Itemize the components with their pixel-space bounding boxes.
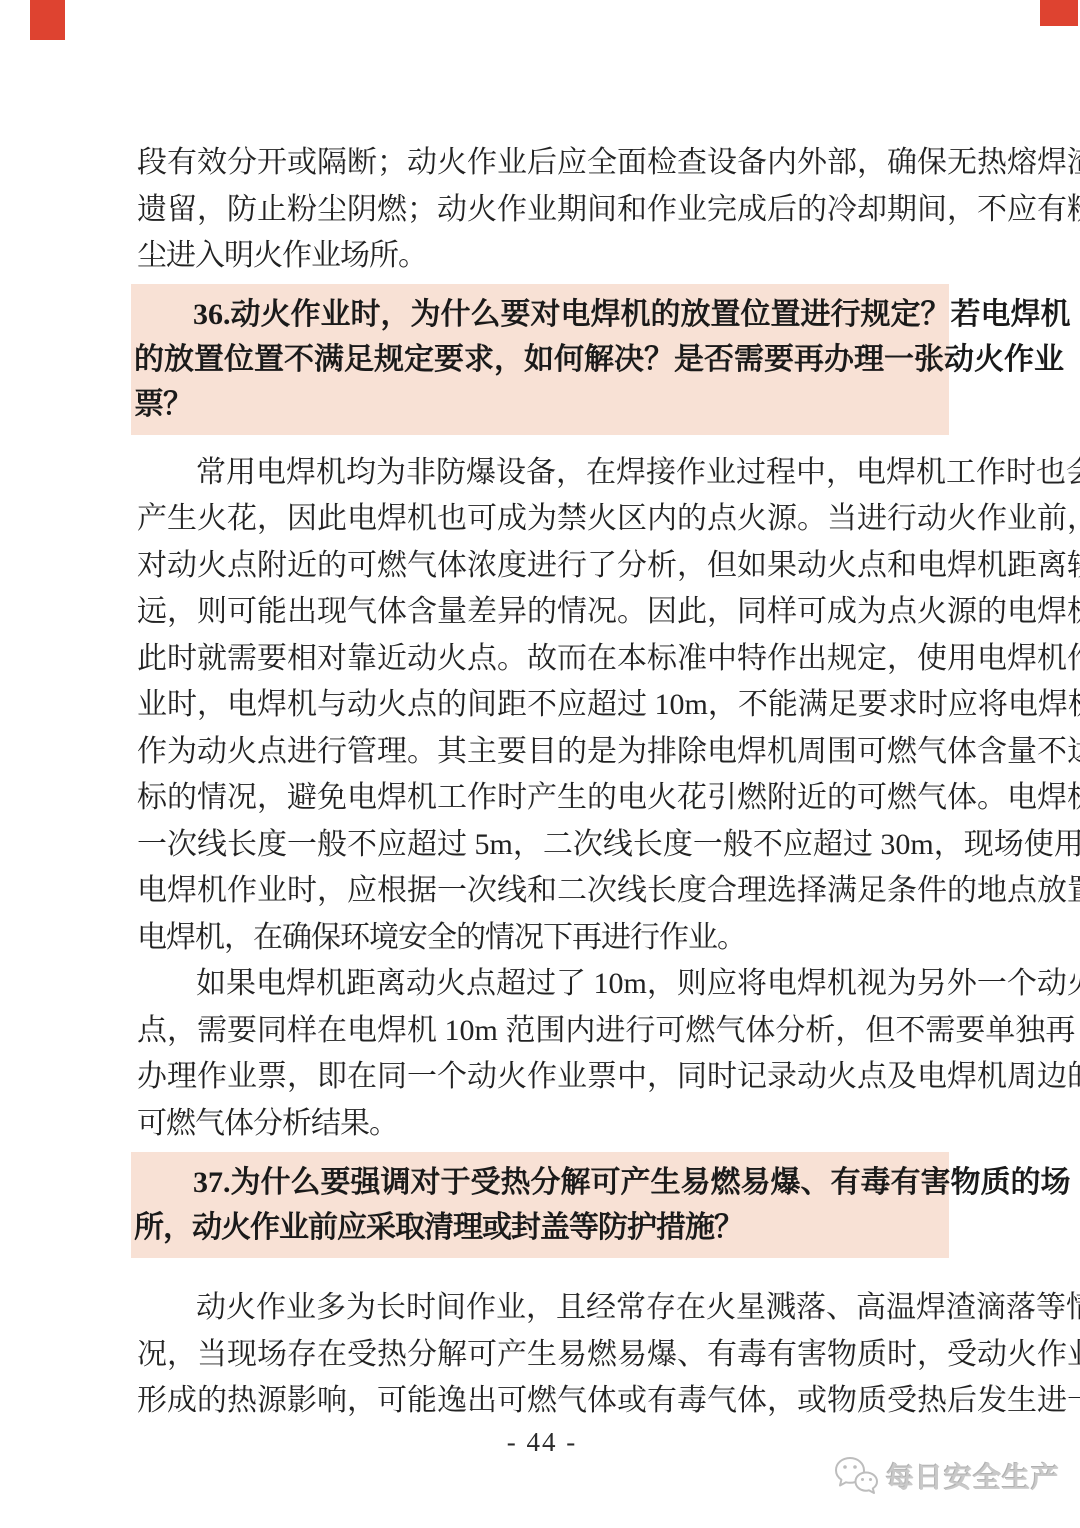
document-page: 段有效分开或隔断；动火作业后应全面检查设备内外部，确保无热熔焊渣遗留，防止粉尘阴… bbox=[0, 0, 1080, 1528]
intro-paragraph: 段有效分开或隔断；动火作业后应全面检查设备内外部，确保无热熔焊渣遗留，防止粉尘阴… bbox=[137, 140, 947, 280]
question-37-heading: 37.为什么要强调对于受热分解可产生易燃易爆、有毒有害物质的场所，动火作业前应采… bbox=[131, 1152, 949, 1258]
watermark-text: 每日安全生产 bbox=[886, 1456, 1060, 1496]
question-36-answer-paragraph-2: 如果电焊机距离动火点超过了 10m，则应将电焊机视为另外一个动火点，需要同样在电… bbox=[137, 961, 947, 1147]
watermark: 每日安全生产 bbox=[833, 1455, 1060, 1497]
wechat-icon bbox=[833, 1455, 879, 1497]
page-number: - 44 - bbox=[137, 1427, 947, 1457]
red-corner-mark-left bbox=[30, 0, 65, 40]
question-37-answer-paragraph-1: 动火作业多为长时间作业，且经常存在火星溅落、高温焊渣滴落等情况，当现场存在受热分… bbox=[137, 1285, 947, 1425]
page-content: 段有效分开或隔断；动火作业后应全面检查设备内外部，确保无热熔焊渣遗留，防止粉尘阴… bbox=[137, 140, 947, 1457]
red-corner-mark-right bbox=[1040, 0, 1078, 26]
question-36-answer-paragraph-1: 常用电焊机均为非防爆设备，在焊接作业过程中，电焊机工作时也会产生火花，因此电焊机… bbox=[137, 450, 947, 962]
question-36-heading: 36.动火作业时，为什么要对电焊机的放置位置进行规定？若电焊机的放置位置不满足规… bbox=[131, 284, 949, 435]
